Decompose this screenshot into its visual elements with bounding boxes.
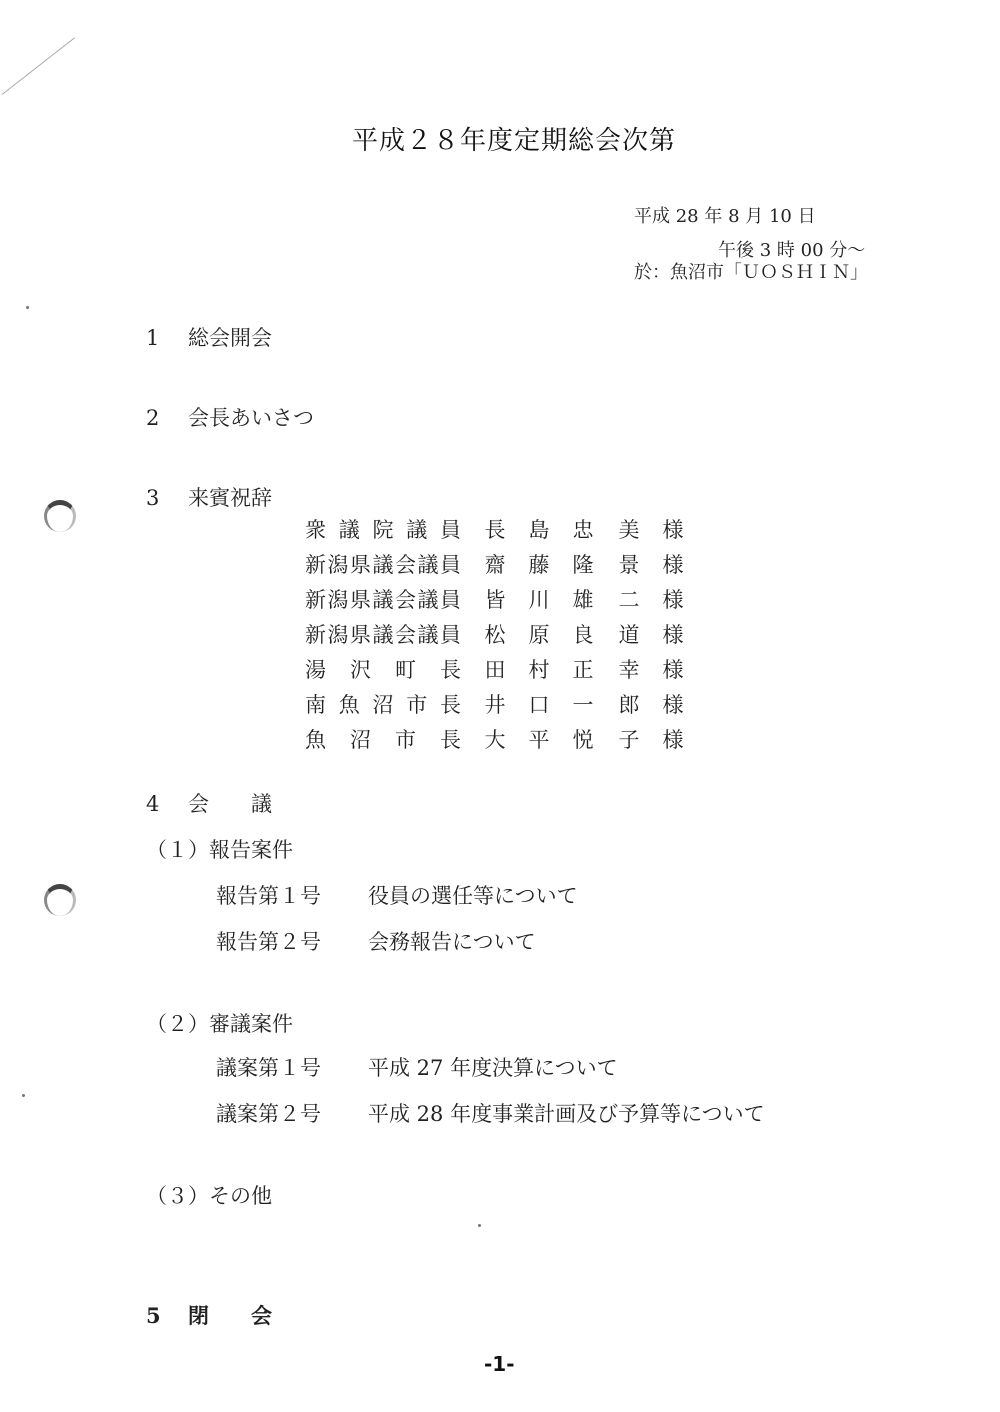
guest-title: 衆議院議員 [305,514,461,544]
report-number: 報告第１号 [216,880,368,910]
section-number: 1 [146,326,188,350]
guest-name-char: 齋 [481,549,509,579]
section-number: 4 [146,792,188,816]
guest-name-char: 井 [481,689,509,719]
guest-name-char: 田 [481,654,509,684]
section-opening: 1総会開会 [146,322,272,352]
scan-speck [26,306,29,309]
section-greeting: 2会長あいさつ [146,402,314,432]
section-number: 5 [146,1303,188,1328]
guest-honorific: 様 [659,654,687,684]
guest-name-char: 二 [615,584,643,614]
deliberations-heading: （２）審議案件 [146,1008,293,1038]
scan-artifact-line [2,37,75,94]
guest-name-char: 悦 [569,724,597,754]
guest-title: 南魚沼市長 [305,689,461,719]
report-text: 役員の選任等について [368,884,578,908]
guest-name-char: 川 [525,584,553,614]
meeting-venue: 於：魚沼市「ＵＯＳＨＩＮ」 [634,258,868,284]
document-title: 平成２８年度定期総会次第 [352,120,676,157]
guest-name-char: 郎 [615,689,643,719]
guest-honorific: 様 [659,549,687,579]
guest-title: 湯沢町長 [305,654,461,684]
guest-name-char: 幸 [615,654,643,684]
punch-hole-mark [44,500,76,532]
section-label: 来賓祝辞 [188,486,272,510]
agenda-item: 議案第２号平成 28 年度事業計画及び予算等について [216,1098,765,1128]
guest-honorific: 様 [659,619,687,649]
agenda-number: 議案第２号 [216,1098,368,1128]
section-guest-speeches: 3来賓祝辞 [146,482,272,512]
guest-name-char: 道 [615,619,643,649]
section-label: 総会開会 [188,326,272,350]
guest-honorific: 様 [659,724,687,754]
guest-name-char: 忠 [569,514,597,544]
report-number: 報告第２号 [216,926,368,956]
agenda-item: 議案第１号平成 27 年度決算について [216,1052,618,1082]
punch-hole-mark [44,884,76,916]
page-number: -1- [484,1352,515,1376]
section-label: 閉 会 [188,1303,272,1328]
guest-name-char: 一 [569,689,597,719]
guest-name-char: 雄 [569,584,597,614]
guest-name-char: 原 [525,619,553,649]
guest-title: 新潟県議会議員 [305,584,461,614]
guest-title: 新潟県議会議員 [305,549,461,579]
section-number: 3 [146,486,188,510]
meeting-date: 平成 28 年 8 月 10 日 [634,202,816,228]
guest-name-char: 良 [569,619,597,649]
guest-name-char: 島 [525,514,553,544]
guest-name-char: 皆 [481,584,509,614]
report-item: 報告第２号会務報告について [216,926,536,956]
other-heading: （３）その他 [146,1180,272,1210]
guest-name-char: 隆 [569,549,597,579]
guest-name-char: 景 [615,549,643,579]
guest-name-char: 村 [525,654,553,684]
guest-honorific: 様 [659,514,687,544]
guest-title: 魚沼市長 [305,724,461,754]
guest-name-char: 子 [615,724,643,754]
agenda-number: 議案第１号 [216,1052,368,1082]
guest-name-char: 正 [569,654,597,684]
agenda-text: 平成 28 年度事業計画及び予算等について [368,1102,765,1126]
guest-title: 新潟県議会議員 [305,619,461,649]
guest-name-char: 長 [481,514,509,544]
guest-name-char: 松 [481,619,509,649]
guest-name-char: 美 [615,514,643,544]
guest-name-char: 藤 [525,549,553,579]
section-closing: 5閉 会 [146,1300,272,1330]
agenda-text: 平成 27 年度決算について [368,1056,618,1080]
reports-heading: （１）報告案件 [146,834,293,864]
section-label: 会長あいさつ [188,406,314,430]
scan-speck [22,1094,25,1097]
guest-name-char: 口 [525,689,553,719]
scan-speck [478,1224,481,1227]
guest-honorific: 様 [659,689,687,719]
report-text: 会務報告について [368,930,536,954]
report-item: 報告第１号役員の選任等について [216,880,578,910]
guest-name-char: 平 [525,724,553,754]
section-label: 会 議 [188,792,272,816]
section-number: 2 [146,406,188,430]
section-meeting: 4会 議 [146,788,272,818]
guest-name-char: 大 [481,724,509,754]
guest-honorific: 様 [659,584,687,614]
